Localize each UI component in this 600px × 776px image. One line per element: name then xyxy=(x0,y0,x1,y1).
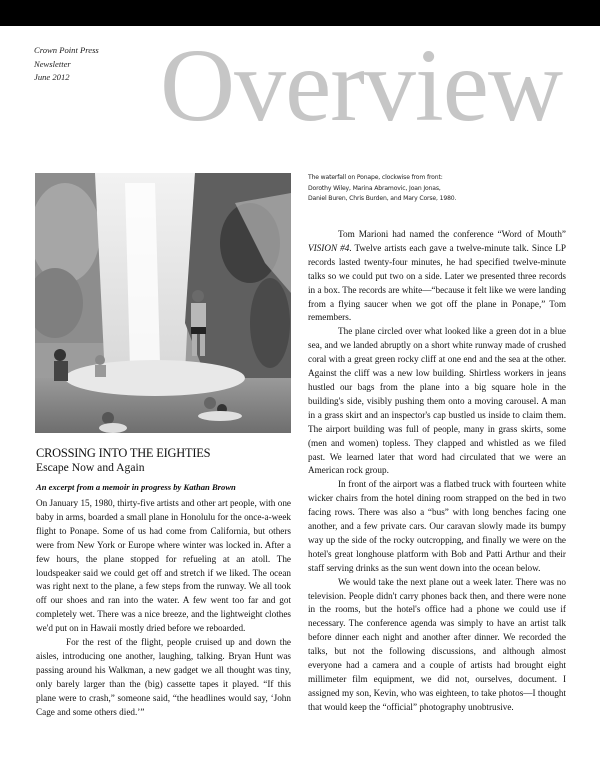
article-subheadline: Escape Now and Again xyxy=(36,461,145,475)
caption-line: The waterfall on Ponape, clockwise from … xyxy=(308,173,568,184)
masthead: Crown Point Press Newsletter June 2012 xyxy=(34,44,99,85)
left-column: On January 15, 1980, thirty-five artists… xyxy=(36,497,291,720)
caption-line: Daniel Buren, Chris Burden, and Mary Cor… xyxy=(308,194,568,205)
photo-caption: The waterfall on Ponape, clockwise from … xyxy=(308,173,568,205)
article-byline: An excerpt from a memoir in progress by … xyxy=(36,481,236,493)
body-paragraph: Tom Marioni had named the conference “Wo… xyxy=(308,228,566,325)
caption-line: Dorothy Wiley, Marina Abramovic, Joan Jo… xyxy=(308,184,568,195)
right-column: Tom Marioni had named the conference “Wo… xyxy=(308,228,566,715)
issue-date: June 2012 xyxy=(34,71,99,85)
waterfall-photo xyxy=(35,173,291,433)
body-paragraph: The plane circled over what looked like … xyxy=(308,325,566,478)
text-span: . Twelve artists each gave a twelve-minu… xyxy=(308,243,566,323)
body-paragraph: In front of the airport was a flatbed tr… xyxy=(308,478,566,575)
conference-title: VISION #4 xyxy=(308,243,349,253)
body-paragraph: For the rest of the flight, people cruis… xyxy=(36,636,291,719)
top-black-bar xyxy=(0,0,600,26)
publication-name: Newsletter xyxy=(34,58,99,72)
newsletter-title: Overview xyxy=(160,34,562,138)
text-span: Tom Marioni had named the conference “Wo… xyxy=(338,229,566,239)
body-paragraph: On January 15, 1980, thirty-five artists… xyxy=(36,497,291,636)
body-paragraph: We would take the next plane out a week … xyxy=(308,576,566,715)
publisher-name: Crown Point Press xyxy=(34,44,99,58)
article-headline: CROSSING INTO THE EIGHTIES xyxy=(36,446,210,460)
